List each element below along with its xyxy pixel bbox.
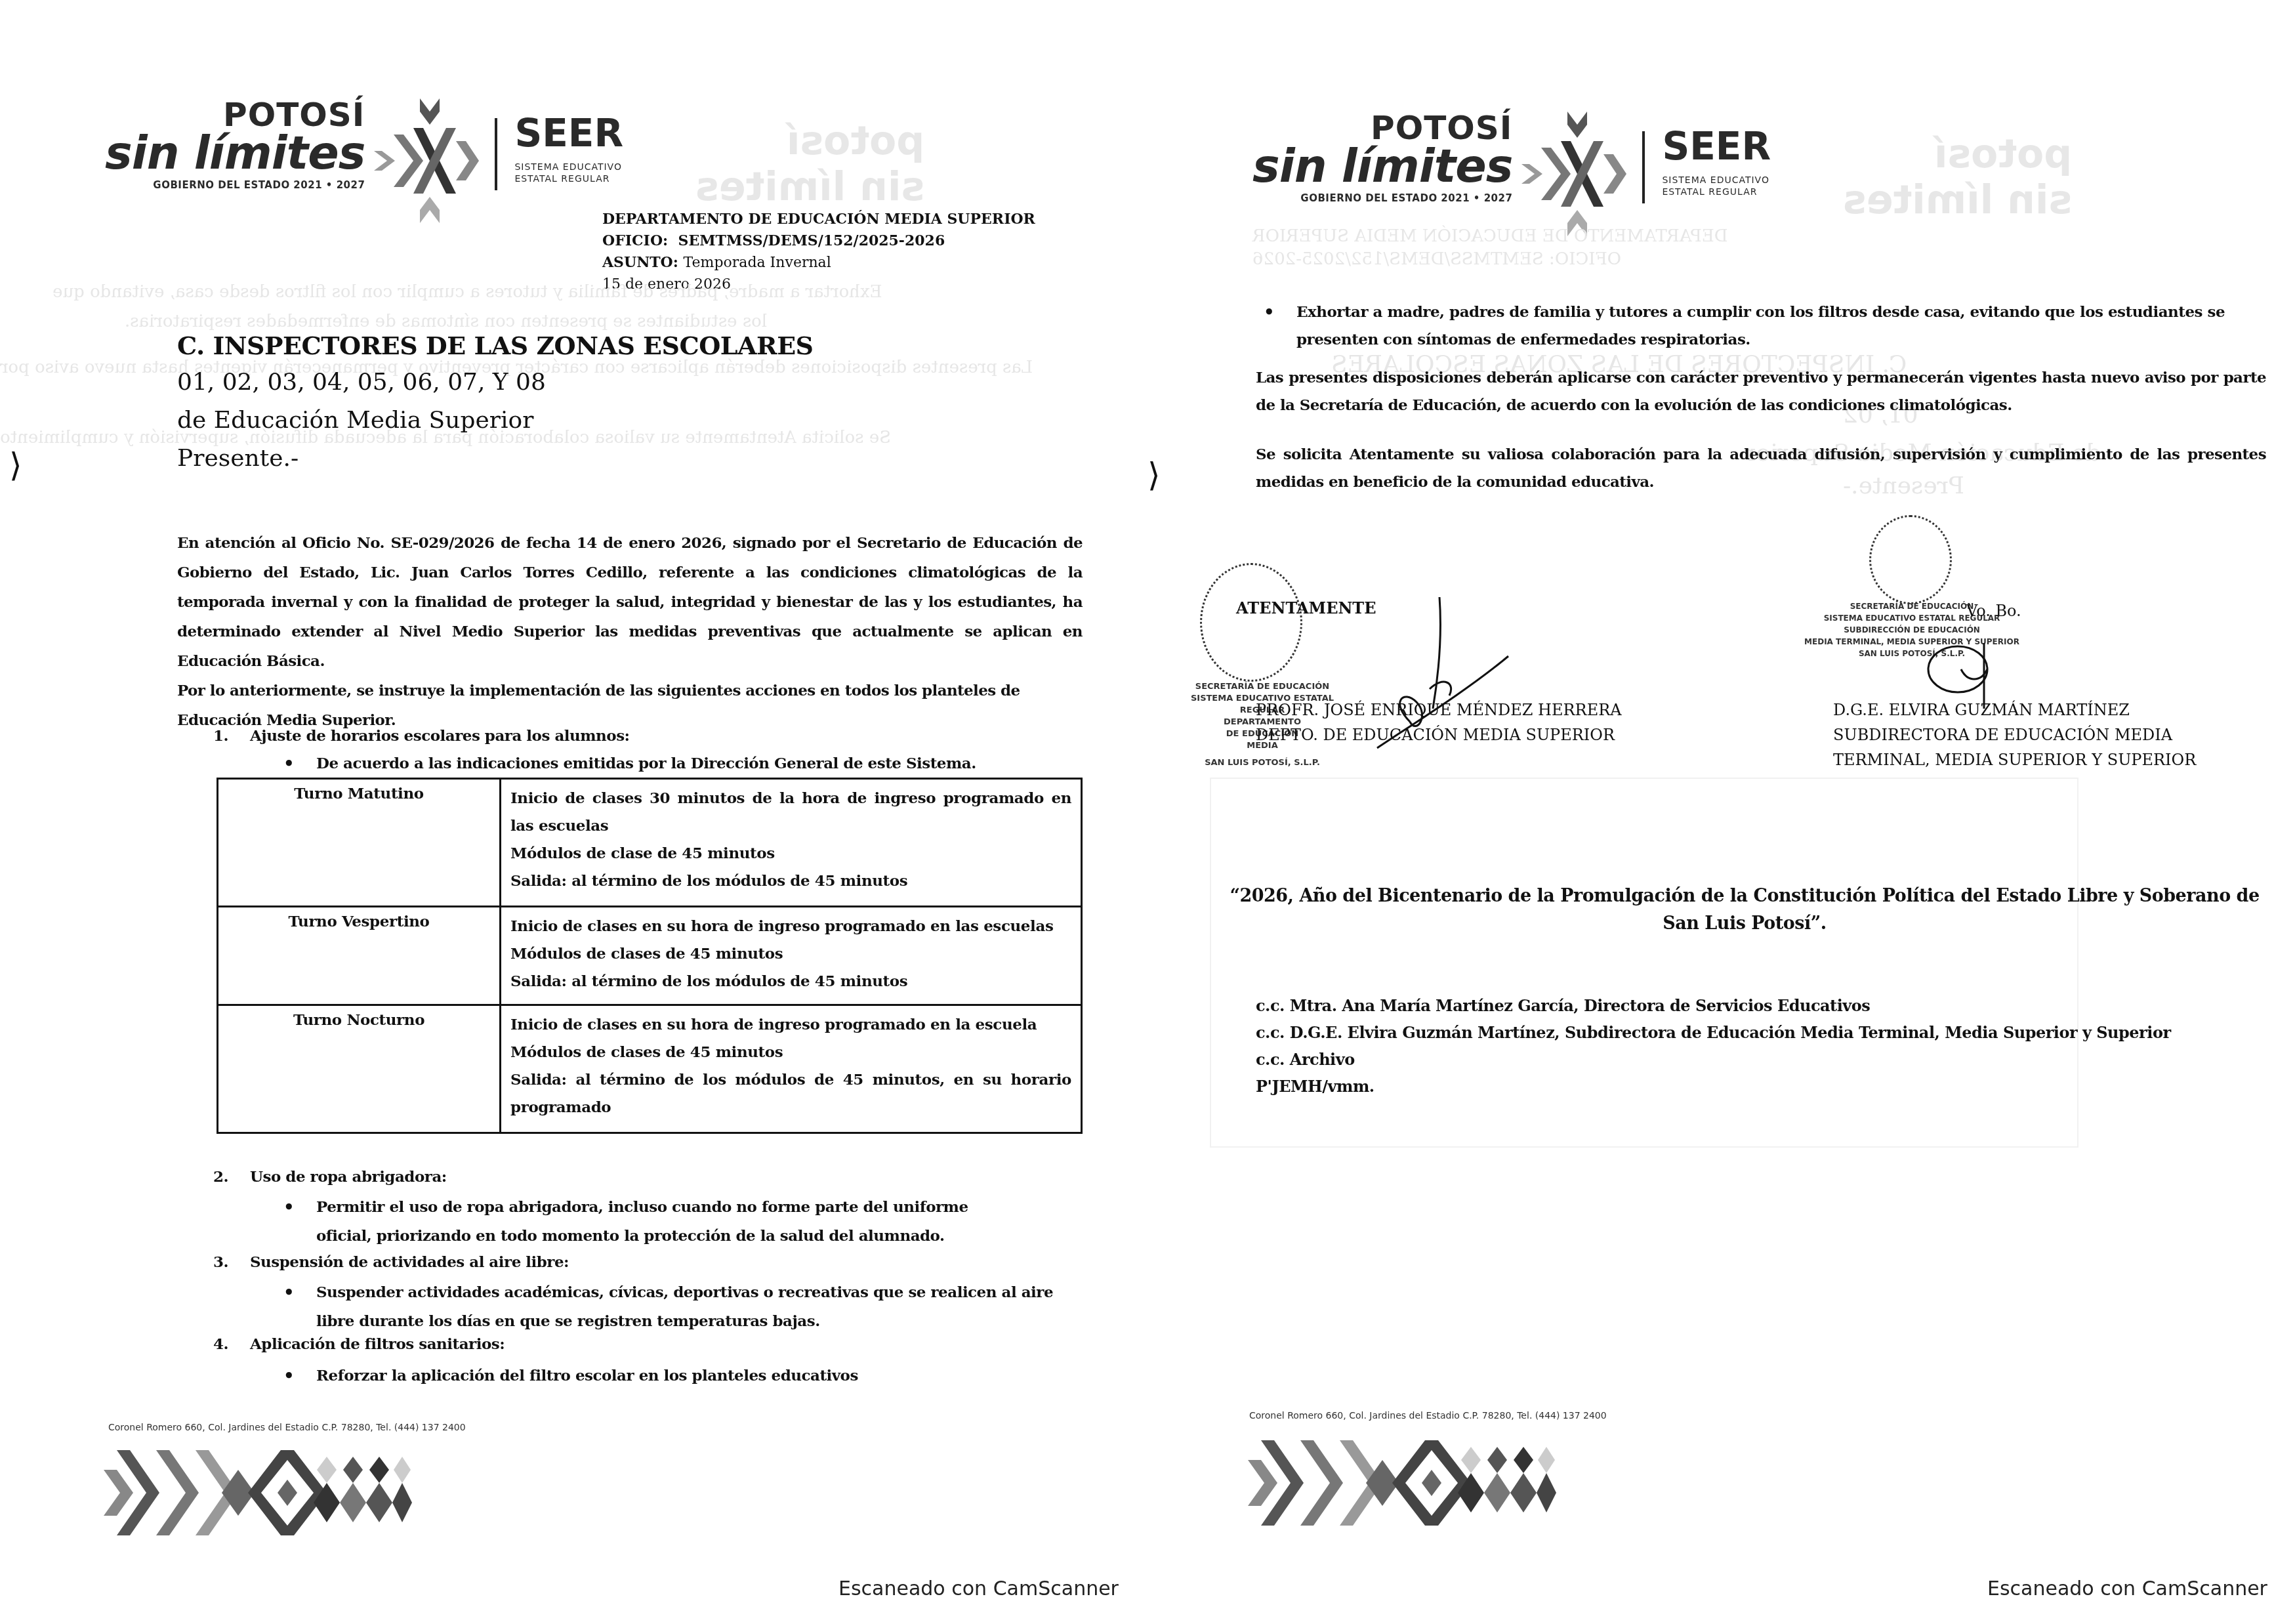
bleed-through-text: DEPARTAMENTO DE EDUCACIÓN MEDIA SUPERIOR	[1252, 226, 1727, 246]
schedule-cell: Inicio de clases en su hora de ingreso p…	[501, 907, 1082, 1005]
seer-sub-2: ESTATAL REGULAR	[514, 173, 623, 185]
schedule-line: Salida: al término de los módulos de 45 …	[510, 968, 1071, 995]
salutation-right: Vo. Bo.	[1966, 598, 2021, 623]
footer-address: Coronel Romero 660, Col. Jardines del Es…	[108, 1423, 466, 1433]
section-4-bullet-1: • Reforzar la aplicación del filtro esco…	[316, 1362, 1077, 1390]
addressee-block: C. INSPECTORES DE LAS ZONAS ESCOLARES 01…	[177, 328, 814, 478]
camscanner-watermark: Escaneado con CamScanner	[838, 1577, 1119, 1600]
seer-logo: SEER SISTEMA EDUCATIVO ESTATAL REGULAR	[514, 114, 623, 185]
asunto-value: Temporada Invernal	[684, 255, 831, 271]
seer-title: SEER	[1662, 127, 1771, 165]
schedule-line: Inicio de clases en su hora de ingreso p…	[510, 1011, 1071, 1039]
section-2-title: 2.Uso de ropa abrigadora:	[213, 1168, 447, 1186]
signer-right-title-2: TERMINAL, MEDIA SUPERIOR Y SUPERIOR	[1833, 747, 2196, 772]
bullet-icon: •	[283, 1362, 294, 1390]
letterhead-logo: POTOSÍ sin límites GOBIERNO DEL ESTADO 2…	[105, 98, 623, 223]
cc-list: c.c. Mtra. Ana María Martínez García, Di…	[1256, 992, 2171, 1100]
bleed-through-text: Exhortar a madre, padres de familia y tu…	[52, 282, 882, 302]
schedule-line: Inicio de clases 30 minutos de la hora d…	[510, 785, 1071, 840]
section-3-title: 3.Suspensión de actividades al aire libr…	[213, 1253, 569, 1271]
section-1-number: 1.	[213, 727, 250, 745]
schedule-line: Salida: al término de los módulos de 45 …	[510, 867, 1071, 895]
section-3-bullet: • Suspender actividades académicas, cívi…	[316, 1278, 1077, 1336]
cc-item: c.c. Mtra. Ana María Martínez García, Di…	[1256, 992, 2171, 1019]
brand-sub: GOBIERNO DEL ESTADO 2021 • 2027	[1300, 192, 1512, 204]
turno-cell: Turno Matutino	[218, 779, 501, 907]
asunto-label: ASUNTO:	[602, 254, 678, 271]
section-2-number: 2.	[213, 1168, 250, 1186]
stamp-line: SAN LUIS POTOSÍ, S.L.P.	[1167, 757, 1357, 769]
stamp-line: SUBDIRECCIÓN DE EDUCACIÓN	[1804, 624, 2020, 636]
brand-main: sin límites	[105, 131, 365, 175]
schedule-cell: Inicio de clases en su hora de ingreso p…	[501, 1005, 1082, 1133]
schedule-line: Módulos de clases de 45 minutos	[510, 1039, 1071, 1066]
closing-paragraph-2: Se solicita Atentamente su valiosa colab…	[1256, 441, 2266, 496]
brand-main: sin límites	[1252, 144, 1512, 188]
turno-cell: Turno Nocturno	[218, 1005, 501, 1133]
potosi-brand: POTOSÍ sin límites GOBIERNO DEL ESTADO 2…	[105, 98, 365, 191]
bullet-icon: •	[283, 749, 294, 778]
seer-sub-2: ESTATAL REGULAR	[1662, 186, 1771, 198]
section-4-label: Aplicación de filtros sanitarios:	[250, 1335, 505, 1353]
bullet-text: Permitir el uso de ropa abrigadora, incl…	[316, 1198, 968, 1245]
seer-logo: SEER SISTEMA EDUCATIVO ESTATAL REGULAR	[1662, 127, 1771, 198]
logo-divider	[1642, 131, 1645, 203]
bleed-through-logo: potosísin límites	[1843, 131, 2072, 223]
schedule-line: Salida: al término de los módulos de 45 …	[510, 1066, 1071, 1121]
official-seal-icon	[1200, 563, 1302, 682]
table-row: Turno Vespertino Inicio de clases en su …	[218, 907, 1082, 1005]
bleed-through-text: OFICIO: SEMTMSS/DEMS/152/2025-2026	[1252, 249, 1621, 269]
logo-divider	[495, 118, 497, 190]
intro-text-2: Por lo anteriormente, se instruye la imp…	[177, 676, 1083, 735]
seer-title: SEER	[514, 114, 623, 152]
cc-item: P'JEMH/vmm.	[1256, 1073, 2171, 1100]
section-4-title: 4.Aplicación de filtros sanitarios:	[213, 1335, 505, 1353]
addressee-line-3: de Educación Media Superior	[177, 402, 814, 440]
signature-left-icon	[1351, 591, 1548, 761]
stamp-line: SECRETARÍA DE EDUCACIÓN	[1167, 681, 1357, 693]
oficio-line: OFICIO: SEMTMSS/DEMS/152/2025-2026	[602, 230, 1035, 252]
oficio-label: OFICIO:	[602, 232, 668, 249]
bullet-icon: •	[283, 1193, 294, 1222]
official-seal-icon	[1869, 515, 1952, 604]
letterhead-logo: POTOSÍ sin límites GOBIERNO DEL ESTADO 2…	[1252, 112, 1771, 236]
oficio-value: SEMTMSS/DEMS/152/2025-2026	[678, 232, 945, 249]
star-mark-icon	[1521, 112, 1633, 236]
section-2-label: Uso de ropa abrigadora:	[250, 1168, 447, 1186]
page-2: ⟩ POTOSÍ sin límites GOBIERNO DEL ESTADO…	[1147, 0, 2295, 1624]
asunto-line: ASUNTO: Temporada Invernal	[602, 252, 1035, 274]
bullet-text: Suspender actividades académicas, cívica…	[316, 1283, 1053, 1330]
table-row: Turno Nocturno Inicio de clases en su ho…	[218, 1005, 1082, 1133]
bullet-text: De acuerdo a las indicaciones emitidas p…	[316, 755, 976, 772]
bullet-text: Exhortar a madre, padres de familia y tu…	[1296, 303, 2225, 348]
star-mark-icon	[374, 98, 486, 223]
signer-right: D.G.E. ELVIRA GUZMÁN MARTÍNEZ SUBDIRECTO…	[1833, 697, 2196, 772]
schedule-cell: Inicio de clases 30 minutos de la hora d…	[501, 779, 1082, 907]
schedule-line: Módulos de clase de 45 minutos	[510, 840, 1071, 867]
state-motto: “2026, Año del Bicentenario de la Promul…	[1213, 883, 2276, 938]
schedule-table: Turno Matutino Inicio de clases 30 minut…	[217, 778, 1083, 1134]
bullet-text: Reforzar la aplicación del filtro escola…	[316, 1367, 858, 1385]
section-4-number: 4.	[213, 1335, 250, 1353]
section-1-title: 1.Ajuste de horarios escolares para los …	[213, 727, 630, 745]
section-2-bullet: • Permitir el uso de ropa abrigadora, in…	[316, 1193, 1025, 1251]
signer-right-title-1: SUBDIRECTORA DE EDUCACIÓN MEDIA	[1833, 722, 2196, 747]
schedule-line: Inicio de clases en su hora de ingreso p…	[510, 913, 1071, 940]
motto-line-2: San Luis Potosí”.	[1213, 910, 2276, 938]
turno-cell: Turno Vespertino	[218, 907, 501, 1005]
addressee-line-4: Presente.-	[177, 440, 814, 478]
bullet-icon: •	[283, 1278, 294, 1307]
cc-item: c.c. Archivo	[1256, 1046, 2171, 1073]
seer-sub-1: SISTEMA EDUCATIVO	[1662, 175, 1771, 186]
page-1: ⟩ POTOSÍ sin límites GOBIERNO DEL ESTADO…	[0, 0, 1147, 1624]
cc-item: c.c. D.G.E. Elvira Guzmán Martínez, Subd…	[1256, 1019, 2171, 1046]
addressee-line-2: 01, 02, 03, 04, 05, 06, 07, Y 08	[177, 364, 814, 402]
footer-address: Coronel Romero 660, Col. Jardines del Es…	[1249, 1411, 1607, 1421]
closing-paragraph-1: Las presentes disposiciones deberán apli…	[1256, 364, 2266, 419]
section-1-label: Ajuste de horarios escolares para los al…	[250, 727, 630, 745]
intro-text: En atención al Oficio No. SE-029/2026 de…	[177, 528, 1083, 676]
potosi-brand: POTOSÍ sin límites GOBIERNO DEL ESTADO 2…	[1252, 112, 1512, 204]
margin-ink-mark: ⟩	[1147, 456, 1161, 494]
margin-ink-mark: ⟩	[9, 446, 22, 484]
camscanner-watermark: Escaneado con CamScanner	[1987, 1577, 2267, 1600]
decorative-pattern-icon	[1248, 1440, 1556, 1526]
bleed-through-logo: potosísin límites	[695, 118, 924, 210]
decorative-pattern-icon	[104, 1450, 412, 1535]
department-name: DEPARTAMENTO DE EDUCACIÓN MEDIA SUPERIOR	[602, 209, 1035, 230]
section-3-label: Suspensión de actividades al aire libre:	[250, 1253, 569, 1271]
schedule-line: Módulos de clases de 45 minutos	[510, 940, 1071, 968]
bullet-icon: •	[1264, 299, 1274, 326]
motto-line-1: “2026, Año del Bicentenario de la Promul…	[1213, 883, 2276, 910]
section-3-number: 3.	[213, 1253, 250, 1271]
brand-sub: GOBIERNO DEL ESTADO 2021 • 2027	[153, 179, 365, 191]
section-1-bullet: • De acuerdo a las indicaciones emitidas…	[316, 749, 1071, 778]
addressee-line-1: C. INSPECTORES DE LAS ZONAS ESCOLARES	[177, 328, 814, 364]
section-4-bullet-2: • Exhortar a madre, padres de familia y …	[1296, 299, 2254, 354]
seer-sub-1: SISTEMA EDUCATIVO	[514, 161, 623, 173]
signer-right-name: D.G.E. ELVIRA GUZMÁN MARTÍNEZ	[1833, 697, 2196, 722]
intro-paragraph: En atención al Oficio No. SE-029/2026 de…	[177, 528, 1083, 735]
table-row: Turno Matutino Inicio de clases 30 minut…	[218, 779, 1082, 907]
